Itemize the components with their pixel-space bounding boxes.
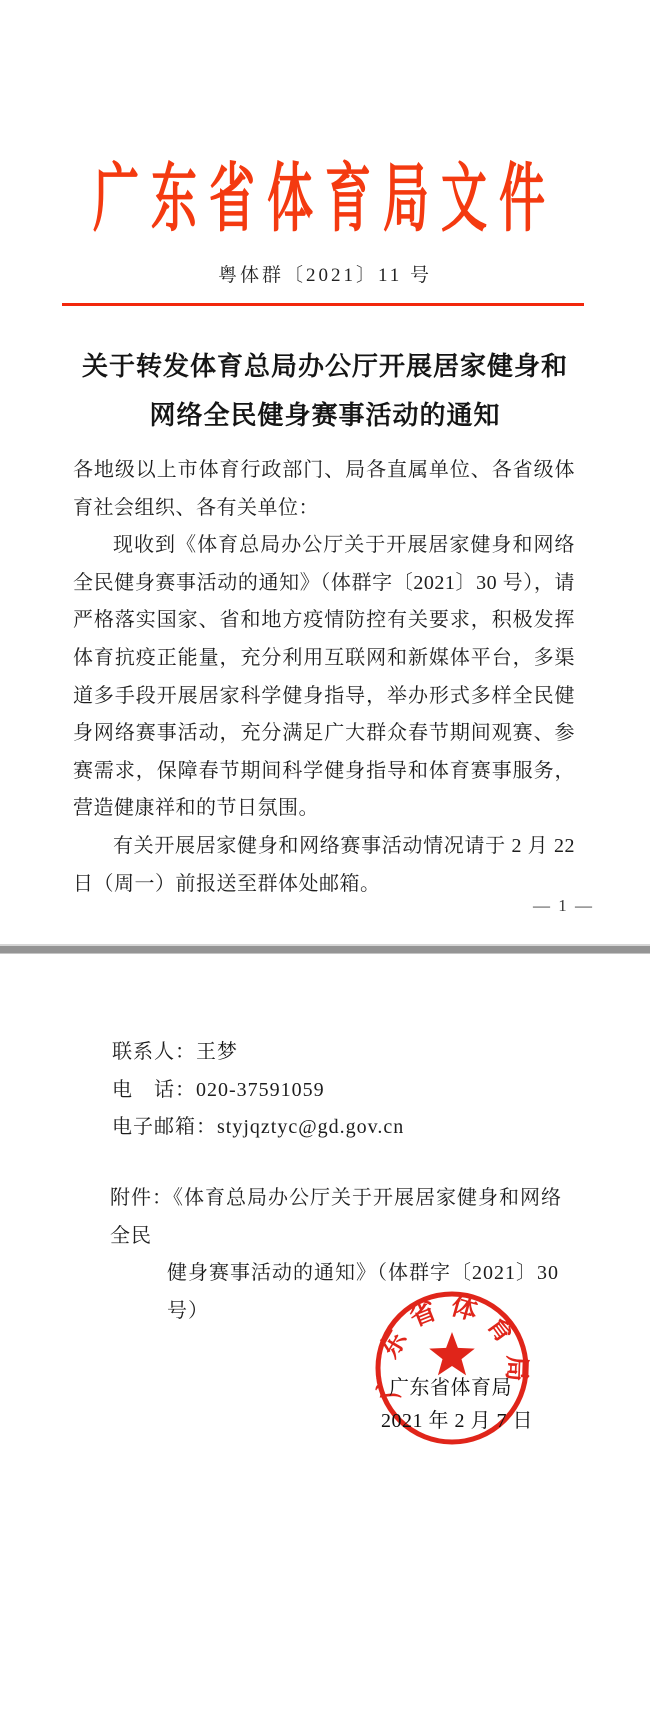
contact-info-block: 联系人：王梦 电 话：020-37591059 电子邮箱：styjqztyc@g… (112, 1034, 404, 1147)
contact-person-line: 联系人：王梦 (112, 1034, 404, 1072)
official-document-page: 广东省体育局文件 粤体群〔2021〕11 号 关于转发体育总局办公厅开展居家健身… (0, 0, 650, 1724)
body-paragraph-1: 现收到《体育总局办公厅关于开展居家健身和网络全民健身赛事活动的通知》（体群字〔2… (73, 527, 575, 828)
seal-star-icon (429, 1332, 475, 1375)
attachment-line1: 附件：《体育总局办公厅关于开展居家健身和网络全民 (110, 1180, 580, 1255)
document-title: 关于转发体育总局办公厅开展居家健身和 网络全民健身赛事活动的通知 (0, 342, 650, 440)
page-number: — 1 — (533, 896, 594, 916)
agency-masthead: 广东省体育局文件 (0, 140, 650, 247)
document-number: 粤体群〔2021〕11 号 (0, 260, 650, 287)
contact-phone-line: 电 话：020-37591059 (112, 1072, 404, 1110)
signature-organization: 广东省体育局 (389, 1371, 512, 1400)
red-divider-rule (62, 303, 584, 306)
document-title-line2: 网络全民健身赛事活动的通知 (0, 391, 650, 440)
document-title-line1: 关于转发体育总局办公厅开展居家健身和 (0, 342, 650, 391)
contact-email-line: 电子邮箱：styjqztyc@gd.gov.cn (112, 1109, 404, 1147)
salutation-paragraph: 各地级以上市体育行政部门、局各直属单位、各省级体育社会组织、各有关单位： (73, 452, 575, 527)
document-body: 各地级以上市体育行政部门、局各直属单位、各省级体育社会组织、各有关单位： 现收到… (73, 452, 575, 903)
signature-date: 2021 年 2 月 7 日 (381, 1404, 533, 1433)
page-break-divider (0, 944, 650, 954)
body-paragraph-2: 有关开展居家健身和网络赛事活动情况请于 2 月 22 日（周一）前报送至群体处邮… (73, 828, 575, 903)
